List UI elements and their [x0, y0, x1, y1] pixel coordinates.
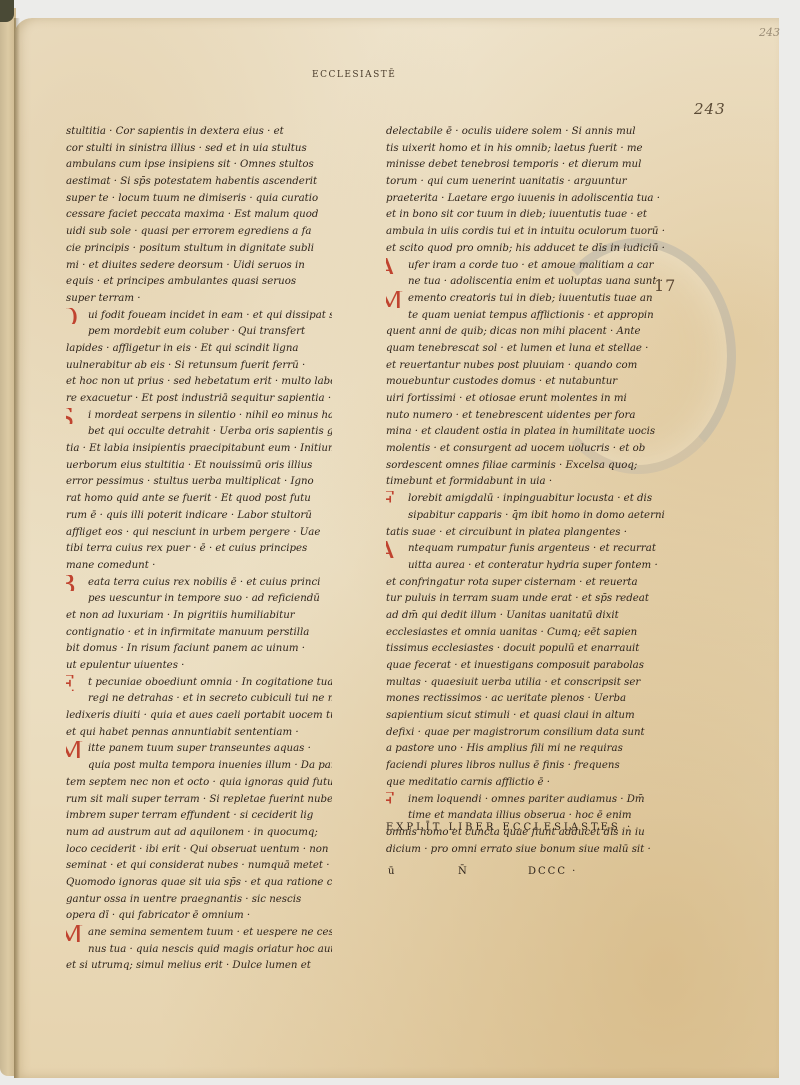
text-line: a pastore uno · His amplius fili mi ne r…	[386, 741, 668, 758]
line-text: ad dm̄ qui dedit illum · Uanitas uanitat…	[386, 610, 619, 621]
line-text: et in bono sit cor tuum in dieb; iuuentu…	[386, 209, 647, 220]
text-line: ad dm̄ qui dedit illum · Uanitas uanitat…	[386, 608, 668, 625]
line-text: tem septem nec non et octo · quia ignora…	[66, 777, 332, 788]
line-text: uulnerabitur ab eis · Si retunsum fuerit…	[66, 360, 305, 371]
text-line: et non ad luxuriam · In pigritiis humili…	[66, 608, 332, 625]
line-text: time et mandata illius obserua · hoc ē e…	[408, 810, 632, 821]
text-line: Quomodo ignoras quae sit uia sp̄s · et q…	[66, 875, 332, 892]
line-text: sapientium sicut stimuli · et quasi clau…	[386, 710, 635, 721]
text-line: ut epulentur uiuentes ·	[66, 658, 332, 675]
text-line: que meditatio carnis afflictio ē ·	[386, 775, 668, 792]
rubricated-initial: F	[386, 792, 395, 809]
folio-number: 243	[694, 100, 726, 118]
text-line: quia post multa tempora inuenies illum ·…	[66, 758, 332, 775]
text-line: tatis suae · et circuibunt in platea pla…	[386, 525, 668, 542]
line-text: loco ceciderit · ibi erit · Qui obseruat…	[66, 844, 329, 855]
line-text: affliget eos · qui nesciunt in urbem per…	[66, 527, 320, 538]
text-line: equis · et principes ambulantes quasi se…	[66, 274, 332, 291]
colophon-count-v: ū	[388, 866, 396, 877]
chapter-opening-line: XXVIIIMemento creatoris tui in dieb; iuu…	[386, 291, 668, 308]
text-line: pes uescuntur in tempore suo · ad refici…	[66, 591, 332, 608]
text-line: uitta aurea · et conteratur hydria super…	[386, 558, 668, 575]
line-text: super te · locum tuum ne dimiseris · qui…	[66, 193, 318, 204]
line-text: Quomodo ignoras quae sit uia sp̄s · et q…	[66, 877, 332, 888]
text-line: sordescent omnes filiae carminis · Excel…	[386, 458, 668, 475]
text-line: ne tua · adoliscentia enim et uoluptas u…	[386, 274, 668, 291]
text-line: nuto numero · et tenebrescent uidentes p…	[386, 408, 668, 425]
text-line: tem septem nec non et octo · quia ignora…	[66, 775, 332, 792]
line-text: uerborum eius stultitia · Et nouissimū o…	[66, 460, 312, 471]
running-head: ECCLESIASTĒ	[312, 70, 396, 80]
line-text: stultitia · Cor sapientis in dextera eiu…	[66, 126, 284, 137]
text-line: mina · et claudent ostia in platea in hu…	[386, 424, 668, 441]
binding-corner	[0, 0, 14, 22]
text-line: multas · quaesiuit uerba utilia · et con…	[386, 675, 668, 692]
text-line: uulnerabitur ab eis · Si retunsum fuerit…	[66, 358, 332, 375]
line-text: mane comedunt ·	[66, 560, 155, 571]
text-line: mones rectissimos · ac ueritate plenos ·…	[386, 691, 668, 708]
line-text: inem loquendi · omnes pariter audiamus ·…	[408, 794, 645, 805]
line-text: tibi terra cuius rex puer · ē · et cuius…	[66, 543, 307, 554]
text-line: bit domus · In risum faciunt panem ac ui…	[66, 641, 332, 658]
text-line: gantur ossa in uentre praegnantis · sic …	[66, 892, 332, 909]
line-text: rum sit mali super terram · Si repletae …	[66, 794, 332, 805]
line-text: ambulans cum ipse insipiens sit · Omnes …	[66, 159, 314, 170]
text-line: et confringatur rota super cisternam · e…	[386, 575, 668, 592]
line-text: ne tua · adoliscentia enim et uoluptas u…	[408, 276, 663, 287]
line-text: t pecuniae oboediunt omnia · In cogitati…	[88, 677, 332, 688]
line-text: quent anni de quib; dicas non mihi place…	[386, 326, 641, 337]
text-line: molentis · et consurgent ad uocem uolucr…	[386, 441, 668, 458]
chapter-opening-line: XXVMitte panem tuum super transeuntes aq…	[66, 741, 332, 758]
line-text: tis uixerit homo et in his omnib; laetus…	[386, 143, 643, 154]
text-line: super terram ·	[66, 291, 332, 308]
line-text: contignatio · et in infirmitate manuum p…	[66, 627, 309, 638]
text-line: tis uixerit homo et in his omnib; laetus…	[386, 141, 668, 158]
line-text: sordescent omnes filiae carminis · Excel…	[386, 460, 637, 471]
text-line: faciendi plures libros nullus ē finis · …	[386, 758, 668, 775]
line-text: tatis suae · et circuibunt in platea pla…	[386, 527, 627, 538]
chapter-opening-line: XXXAntequam rumpatur funis argenteus · e…	[386, 541, 668, 558]
text-line: te quam ueniat tempus afflictionis · et …	[386, 308, 668, 325]
line-text: dicium · pro omni errato siue bonum siue…	[386, 844, 651, 855]
line-text: mi · et diuites sedere deorsum · Uidi se…	[66, 260, 305, 271]
colophon-count-n: N̄	[458, 866, 469, 877]
text-line: rum ē · quis illi poterit indicare · Lab…	[66, 508, 332, 525]
line-text: ecclesiastes et omnia uanitas · Cumq; eē…	[386, 627, 637, 638]
text-line: et qui habet pennas annuntiabit sententi…	[66, 725, 332, 742]
rubricated-initial: F	[386, 491, 395, 508]
line-text: et scito quod pro omnib; his adducet te …	[386, 243, 665, 254]
rubricated-initial: A	[386, 258, 396, 275]
line-text: uiri fortissimi · et otiosae erunt molen…	[386, 393, 627, 404]
text-line: rat homo quid ante se fuerit · Et quod p…	[66, 491, 332, 508]
line-text: te quam ueniat tempus afflictionis · et …	[408, 310, 654, 321]
rubricated-initial: M	[386, 291, 404, 308]
line-text: cor stulti in sinistra illius · sed et i…	[66, 143, 307, 154]
line-text: lorebit amigdalū · inpinguabitur locusta…	[408, 493, 652, 504]
chapter-opening-line: XXIIIBeata terra cuius rex nobilis ē · e…	[66, 575, 332, 592]
rubricated-initial: E	[66, 675, 76, 692]
text-line: uerborum eius stultitia · Et nouissimū o…	[66, 458, 332, 475]
text-line: tissimus ecclesiastes · docuit populū et…	[386, 641, 668, 658]
chapter-opening-line: XXVIISi mordeat serpens in silentio · ni…	[66, 408, 332, 425]
line-text: praeterita · Laetare ergo iuuenis in ado…	[386, 193, 660, 204]
line-text: et confringatur rota super cisternam · e…	[386, 577, 638, 588]
text-line: mi · et diuites sedere deorsum · Uidi se…	[66, 258, 332, 275]
line-text: eata terra cuius rex nobilis ē · et cuiu…	[88, 577, 320, 588]
line-text: et non ad luxuriam · In pigritiis humili…	[66, 610, 295, 621]
text-line: tur puluis in terram suam unde erat · et…	[386, 591, 668, 608]
line-text: ntequam rumpatur funis argenteus · et re…	[408, 543, 656, 554]
rubricated-initial: Q	[66, 308, 78, 325]
text-line: sapientium sicut stimuli · et quasi clau…	[386, 708, 668, 725]
line-text: timebunt et formidabunt in uia ·	[386, 476, 552, 487]
line-text: ut epulentur uiuentes ·	[66, 660, 184, 671]
text-line: et si utrumq; simul melius erit · Dulce …	[66, 958, 332, 975]
line-text: nuto numero · et tenebrescent uidentes p…	[386, 410, 636, 421]
text-line: delectabile ē · oculis uidere solem · Si…	[386, 124, 668, 141]
text-line: cessare faciet peccata maxima · Est malu…	[66, 207, 332, 224]
text-line: et hoc non ut prius · sed hebetatum erit…	[66, 374, 332, 391]
text-line: cie principis · positum stultum in digni…	[66, 241, 332, 258]
text-line: timebunt et formidabunt in uia ·	[386, 474, 668, 491]
line-text: pes uescuntur in tempore suo · ad refici…	[88, 593, 320, 604]
line-text: opera dī · qui fabricator ē omnium ·	[66, 910, 250, 921]
line-text: mina · et claudent ostia in platea in hu…	[386, 426, 655, 437]
line-text: pem mordebit eum coluber · Qui transfert	[88, 326, 305, 337]
line-text: re exacuetur · Et post industriā sequitu…	[66, 393, 331, 404]
text-line: ambula in uiis cordis tui et in intuitu …	[386, 224, 668, 241]
text-line: defixi · quae per magistrorum consilium …	[386, 725, 668, 742]
text-line: tia · Et labia insipientis praecipitabun…	[66, 441, 332, 458]
line-text: defixi · quae per magistrorum consilium …	[386, 727, 645, 738]
text-line: sipabitur capparis · q̄m ibit homo in do…	[386, 508, 668, 525]
line-text: itte panem tuum super transeuntes aquas …	[88, 743, 311, 754]
text-line: quam tenebrescat sol · et lumen et luna …	[386, 341, 668, 358]
line-text: sipabitur capparis · q̄m ibit homo in do…	[408, 510, 665, 521]
line-text: et hoc non ut prius · sed hebetatum erit…	[66, 376, 332, 387]
gutter-shadow	[14, 18, 20, 1078]
text-line: regi ne detrahas · et in secreto cubicul…	[66, 691, 332, 708]
text-line: dicium · pro omni errato siue bonum siue…	[386, 842, 668, 859]
line-text: mouebuntur custodes domus · et nutabuntu…	[386, 376, 617, 387]
line-text: error pessimus · stultus uerba multiplic…	[66, 476, 314, 487]
rubricated-initial: M	[66, 741, 84, 758]
text-line: mane comedunt ·	[66, 558, 332, 575]
colophon-count-dccc: DCCC ·	[528, 866, 577, 877]
text-line: tibi terra cuius rex puer · ē · et cuius…	[66, 541, 332, 558]
line-text: i mordeat serpens in silentio · nihil eo…	[88, 410, 332, 421]
line-text: nus tua · quia nescis quid magis oriatur…	[88, 944, 332, 955]
line-text: quia post multa tempora inuenies illum ·…	[88, 760, 332, 771]
line-text: minisse debet tenebrosi temporis · et di…	[386, 159, 641, 170]
chapter-opening-line: XXVIIAufer iram a corde tuo · et amoue m…	[386, 258, 668, 275]
line-text: super terram ·	[66, 293, 141, 304]
line-text: molentis · et consurgent ad uocem uolucr…	[386, 443, 645, 454]
text-line: ledixeris diuiti · quia et aues caeli po…	[66, 708, 332, 725]
line-text: aestimat · Si sp̄s potestatem habentis a…	[66, 176, 317, 187]
text-line: rum sit mali super terram · Si repletae …	[66, 792, 332, 809]
line-text: que meditatio carnis afflictio ē ·	[386, 777, 550, 788]
line-text: uitta aurea · et conteratur hydria super…	[408, 560, 658, 571]
text-line: super te · locum tuum ne dimiseris · qui…	[66, 191, 332, 208]
rubricated-initial: M	[66, 925, 84, 942]
text-line: quae fecerat · et inuestigans composuit …	[386, 658, 668, 675]
text-line: opera dī · qui fabricator ē omnium ·	[66, 908, 332, 925]
text-line: mouebuntur custodes domus · et nutabuntu…	[386, 374, 668, 391]
line-text: imbrem super terram effundent · si cecid…	[66, 810, 313, 821]
text-line: imbrem super terram effundent · si cecid…	[66, 808, 332, 825]
text-line: praeterita · Laetare ergo iuuenis in ado…	[386, 191, 668, 208]
right-text-column: delectabile ē · oculis uidere solem · Si…	[386, 124, 668, 858]
text-line: quent anni de quib; dicas non mihi place…	[386, 324, 668, 341]
text-line: affliget eos · qui nesciunt in urbem per…	[66, 525, 332, 542]
text-line: et scito quod pro omnib; his adducet te …	[386, 241, 668, 258]
line-text: et si utrumq; simul melius erit · Dulce …	[66, 960, 311, 971]
line-text: equis · et principes ambulantes quasi se…	[66, 276, 296, 287]
line-text: et reuertantur nubes post pluuiam · quan…	[386, 360, 637, 371]
line-text: tia · Et labia insipientis praecipitabun…	[66, 443, 332, 454]
text-line: ecclesiastes et omnia uanitas · Cumq; eē…	[386, 625, 668, 642]
line-text: mones rectissimos · ac ueritate plenos ·…	[386, 693, 626, 704]
text-line: torum · qui cum uenerint uanitatis · arg…	[386, 174, 668, 191]
line-text: bit domus · In risum faciunt panem ac ui…	[66, 643, 305, 654]
rubricated-initial: B	[66, 575, 76, 592]
line-text: cie principis · positum stultum in digni…	[66, 243, 314, 254]
line-text: lapides · affligetur in eis · Et qui sci…	[66, 343, 298, 354]
line-text: ambula in uiis cordis tui et in intuitu …	[386, 226, 665, 237]
text-line: aestimat · Si sp̄s potestatem habentis a…	[66, 174, 332, 191]
line-text: tur puluis in terram suam unde erat · et…	[386, 593, 649, 604]
text-line: pem mordebit eum coluber · Qui transfert	[66, 324, 332, 341]
text-line: re exacuetur · Et post industriā sequitu…	[66, 391, 332, 408]
text-line: cor stulti in sinistra illius · sed et i…	[66, 141, 332, 158]
rubricated-initial: S	[66, 408, 75, 425]
chapter-opening-line: XXXIFinem loquendi · omnes pariter audia…	[386, 792, 668, 809]
line-text: num ad austrum aut ad aquilonem · in quo…	[66, 827, 318, 838]
line-text: rum ē · quis illi poterit indicare · Lab…	[66, 510, 312, 521]
explicit-colophon: EXPLĪT LIBER ECCLESIASTES ·	[386, 822, 633, 833]
line-text: ane semina sementem tuum · et uespere ne…	[88, 927, 332, 938]
line-text: faciendi plures libros nullus ē finis · …	[386, 760, 620, 771]
text-line: bet qui occulte detrahit · Uerba oris sa…	[66, 424, 332, 441]
line-text: multas · quaesiuit uerba utilia · et con…	[386, 677, 640, 688]
text-line: num ad austrum aut ad aquilonem · in quo…	[66, 825, 332, 842]
line-text: ledixeris diuiti · quia et aues caeli po…	[66, 710, 332, 721]
text-line: et reuertantur nubes post pluuiam · quan…	[386, 358, 668, 375]
line-text: seminat · et qui considerat nubes · numq…	[66, 860, 329, 871]
text-line: et in bono sit cor tuum in dieb; iuuentu…	[386, 207, 668, 224]
line-text: tissimus ecclesiastes · docuit populū et…	[386, 643, 639, 654]
rubricated-initial: A	[386, 541, 396, 558]
text-line: nus tua · quia nescis quid magis oriatur…	[66, 942, 332, 959]
text-line: error pessimus · stultus uerba multiplic…	[66, 474, 332, 491]
text-line: minisse debet tenebrosi temporis · et di…	[386, 157, 668, 174]
line-text: torum · qui cum uenerint uanitatis · arg…	[386, 176, 627, 187]
text-line: contignatio · et in infirmitate manuum p…	[66, 625, 332, 642]
line-text: bet qui occulte detrahit · Uerba oris sa…	[88, 426, 332, 437]
line-text: quae fecerat · et inuestigans composuit …	[386, 660, 644, 671]
line-text: ui fodit foueam incidet in eam · et qui …	[88, 310, 332, 321]
line-text: et qui habet pennas annuntiabit sententi…	[66, 727, 299, 738]
text-line: uidi sub sole · quasi per errorem egredi…	[66, 224, 332, 241]
line-text: uidi sub sole · quasi per errorem egredi…	[66, 226, 311, 237]
line-text: rat homo quid ante se fuerit · Et quod p…	[66, 493, 311, 504]
line-text: a pastore uno · His amplius fili mi ne r…	[386, 743, 623, 754]
text-line: lapides · affligetur in eis · Et qui sci…	[66, 341, 332, 358]
text-line: uiri fortissimi · et otiosae erunt molen…	[386, 391, 668, 408]
left-text-column: stultitia · Cor sapientis in dextera eiu…	[66, 124, 332, 975]
line-text: cessare faciet peccata maxima · Est malu…	[66, 209, 318, 220]
line-text: ufer iram a corde tuo · et amoue malitia…	[408, 260, 653, 271]
chapter-opening-line: XXVIQui fodit foueam incidet in eam · et…	[66, 308, 332, 325]
text-line: stultitia · Cor sapientis in dextera eiu…	[66, 124, 332, 141]
line-text: gantur ossa in uentre praegnantis · sic …	[66, 894, 301, 905]
chapter-opening-line: XXIIIIEt pecuniae oboediunt omnia · In c…	[66, 675, 332, 692]
text-line: seminat · et qui considerat nubes · numq…	[66, 858, 332, 875]
text-line: loco ceciderit · ibi erit · Qui obseruat…	[66, 842, 332, 859]
folio-number-corner: 243	[759, 26, 780, 39]
chapter-opening-line: XXVIMane semina sementem tuum · et uespe…	[66, 925, 332, 942]
line-text: regi ne detrahas · et in secreto cubicul…	[88, 693, 332, 704]
line-text: emento creatoris tui in dieb; iuuentutis…	[408, 293, 653, 304]
text-line: ambulans cum ipse insipiens sit · Omnes …	[66, 157, 332, 174]
chapter-opening-line: XXVIIIIFlorebit amigdalū · inpinguabitur…	[386, 491, 668, 508]
line-text: quam tenebrescat sol · et lumen et luna …	[386, 343, 648, 354]
line-text: delectabile ē · oculis uidere solem · Si…	[386, 126, 636, 137]
